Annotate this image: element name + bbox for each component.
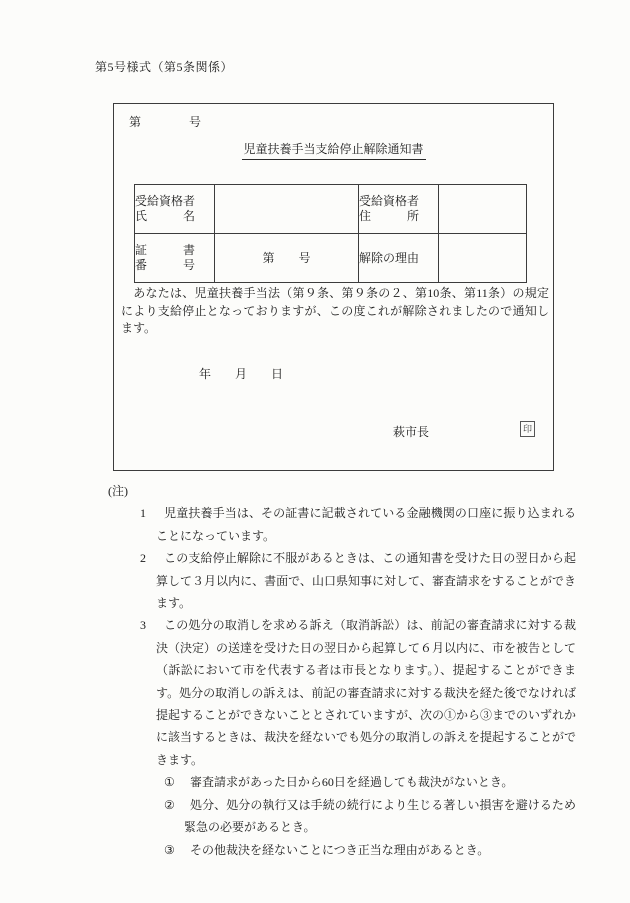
note-item-2: 2この支給停止解除に不服があるときは、この通知書を受けた日の翌日から起算して３月… (108, 547, 576, 614)
certificate-label-line2: 番 号 (135, 258, 214, 273)
table-row: 受給資格者 氏 名 受給資格者 住 所 (135, 185, 527, 234)
note-subitem-3: ③その他裁決を経ないことにつき正当な理由があるとき。 (108, 839, 576, 861)
certificate-number-value-cell: 第 号 (215, 234, 359, 283)
note-number: 2 (140, 547, 164, 569)
form-number-label: 第5号様式（第5条関係） (95, 58, 233, 75)
subitem-text: 処分、処分の執行又は手続の続行により生じる著しい損害を避けるため緊急の必要がある… (184, 798, 576, 834)
note-item-3: 3この処分の取消しを求める訴え（取消訴訟）は、前記の審査請求に対する裁決（決定）… (108, 614, 576, 771)
notice-box: 第 号 児童扶養手当支給停止解除通知書 受給資格者 氏 名 受給資格者 住 所 (113, 103, 554, 471)
note-text: 児童扶養手当は、その証書に記載されている金融機関の口座に振り込まれることになって… (156, 506, 576, 542)
certificate-label-line1: 証 書 (135, 243, 214, 258)
table-row: 証 書 番 号 第 号 解除の理由 (135, 234, 527, 283)
subitem-number: ① (164, 771, 190, 793)
recipient-name-label-cell: 受給資格者 氏 名 (135, 185, 215, 234)
note-item-1: 1児童扶養手当は、その証書に記載されている金融機関の口座に振り込まれることになっ… (108, 502, 576, 547)
date-line: 年 月 日 (199, 365, 283, 382)
recipient-address-label-line2: 住 所 (359, 209, 438, 224)
notice-body-text: あなたは、児童扶養手当法（第９条、第９条の２、第10条、第11条）の規定により支… (121, 285, 549, 338)
release-reason-value-cell (439, 234, 527, 283)
recipient-address-label-line1: 受給資格者 (359, 194, 438, 209)
document-page: 第5号様式（第5条関係） 第 号 児童扶養手当支給停止解除通知書 受給資格者 氏… (0, 0, 630, 903)
recipient-address-label-cell: 受給資格者 住 所 (359, 185, 439, 234)
mayor-signature: 萩市長 (393, 423, 429, 440)
notes-heading: (注) (108, 480, 576, 502)
subitem-number: ② (164, 794, 190, 816)
note-text: この支給停止解除に不服があるときは、この通知書を受けた日の翌日から起算して３月以… (156, 551, 576, 610)
notes-section: (注) 1児童扶養手当は、その証書に記載されている金融機関の口座に振り込まれるこ… (108, 480, 576, 861)
info-table: 受給資格者 氏 名 受給資格者 住 所 証 書 番 号 第 号 解除の理由 (134, 184, 527, 283)
note-number: 1 (140, 502, 164, 524)
note-subitem-2: ②処分、処分の執行又は手続の続行により生じる著しい損害を避けるため緊急の必要があ… (108, 794, 576, 839)
seal-mark: 印 (520, 421, 535, 437)
release-reason-label-cell: 解除の理由 (359, 234, 439, 283)
recipient-name-label-line2: 氏 名 (135, 209, 214, 224)
subitem-text: その他裁決を経ないことにつき正当な理由があるとき。 (190, 843, 489, 857)
subitem-number: ③ (164, 839, 190, 861)
document-title: 児童扶養手当支給停止解除通知書 (241, 140, 425, 160)
recipient-name-label-line1: 受給資格者 (135, 194, 214, 209)
certificate-number-label-cell: 証 書 番 号 (135, 234, 215, 283)
doc-number: 第 号 (129, 113, 201, 130)
note-text: この処分の取消しを求める訴え（取消訴訟）は、前記の審査請求に対する裁決（決定）の… (156, 618, 576, 766)
subitem-text: 審査請求があった日から60日を経過しても裁決がないとき。 (190, 775, 513, 789)
recipient-address-value-cell (439, 185, 527, 234)
recipient-name-value-cell (215, 185, 359, 234)
note-number: 3 (140, 614, 164, 636)
note-subitem-1: ①審査請求があった日から60日を経過しても裁決がないとき。 (108, 771, 576, 793)
